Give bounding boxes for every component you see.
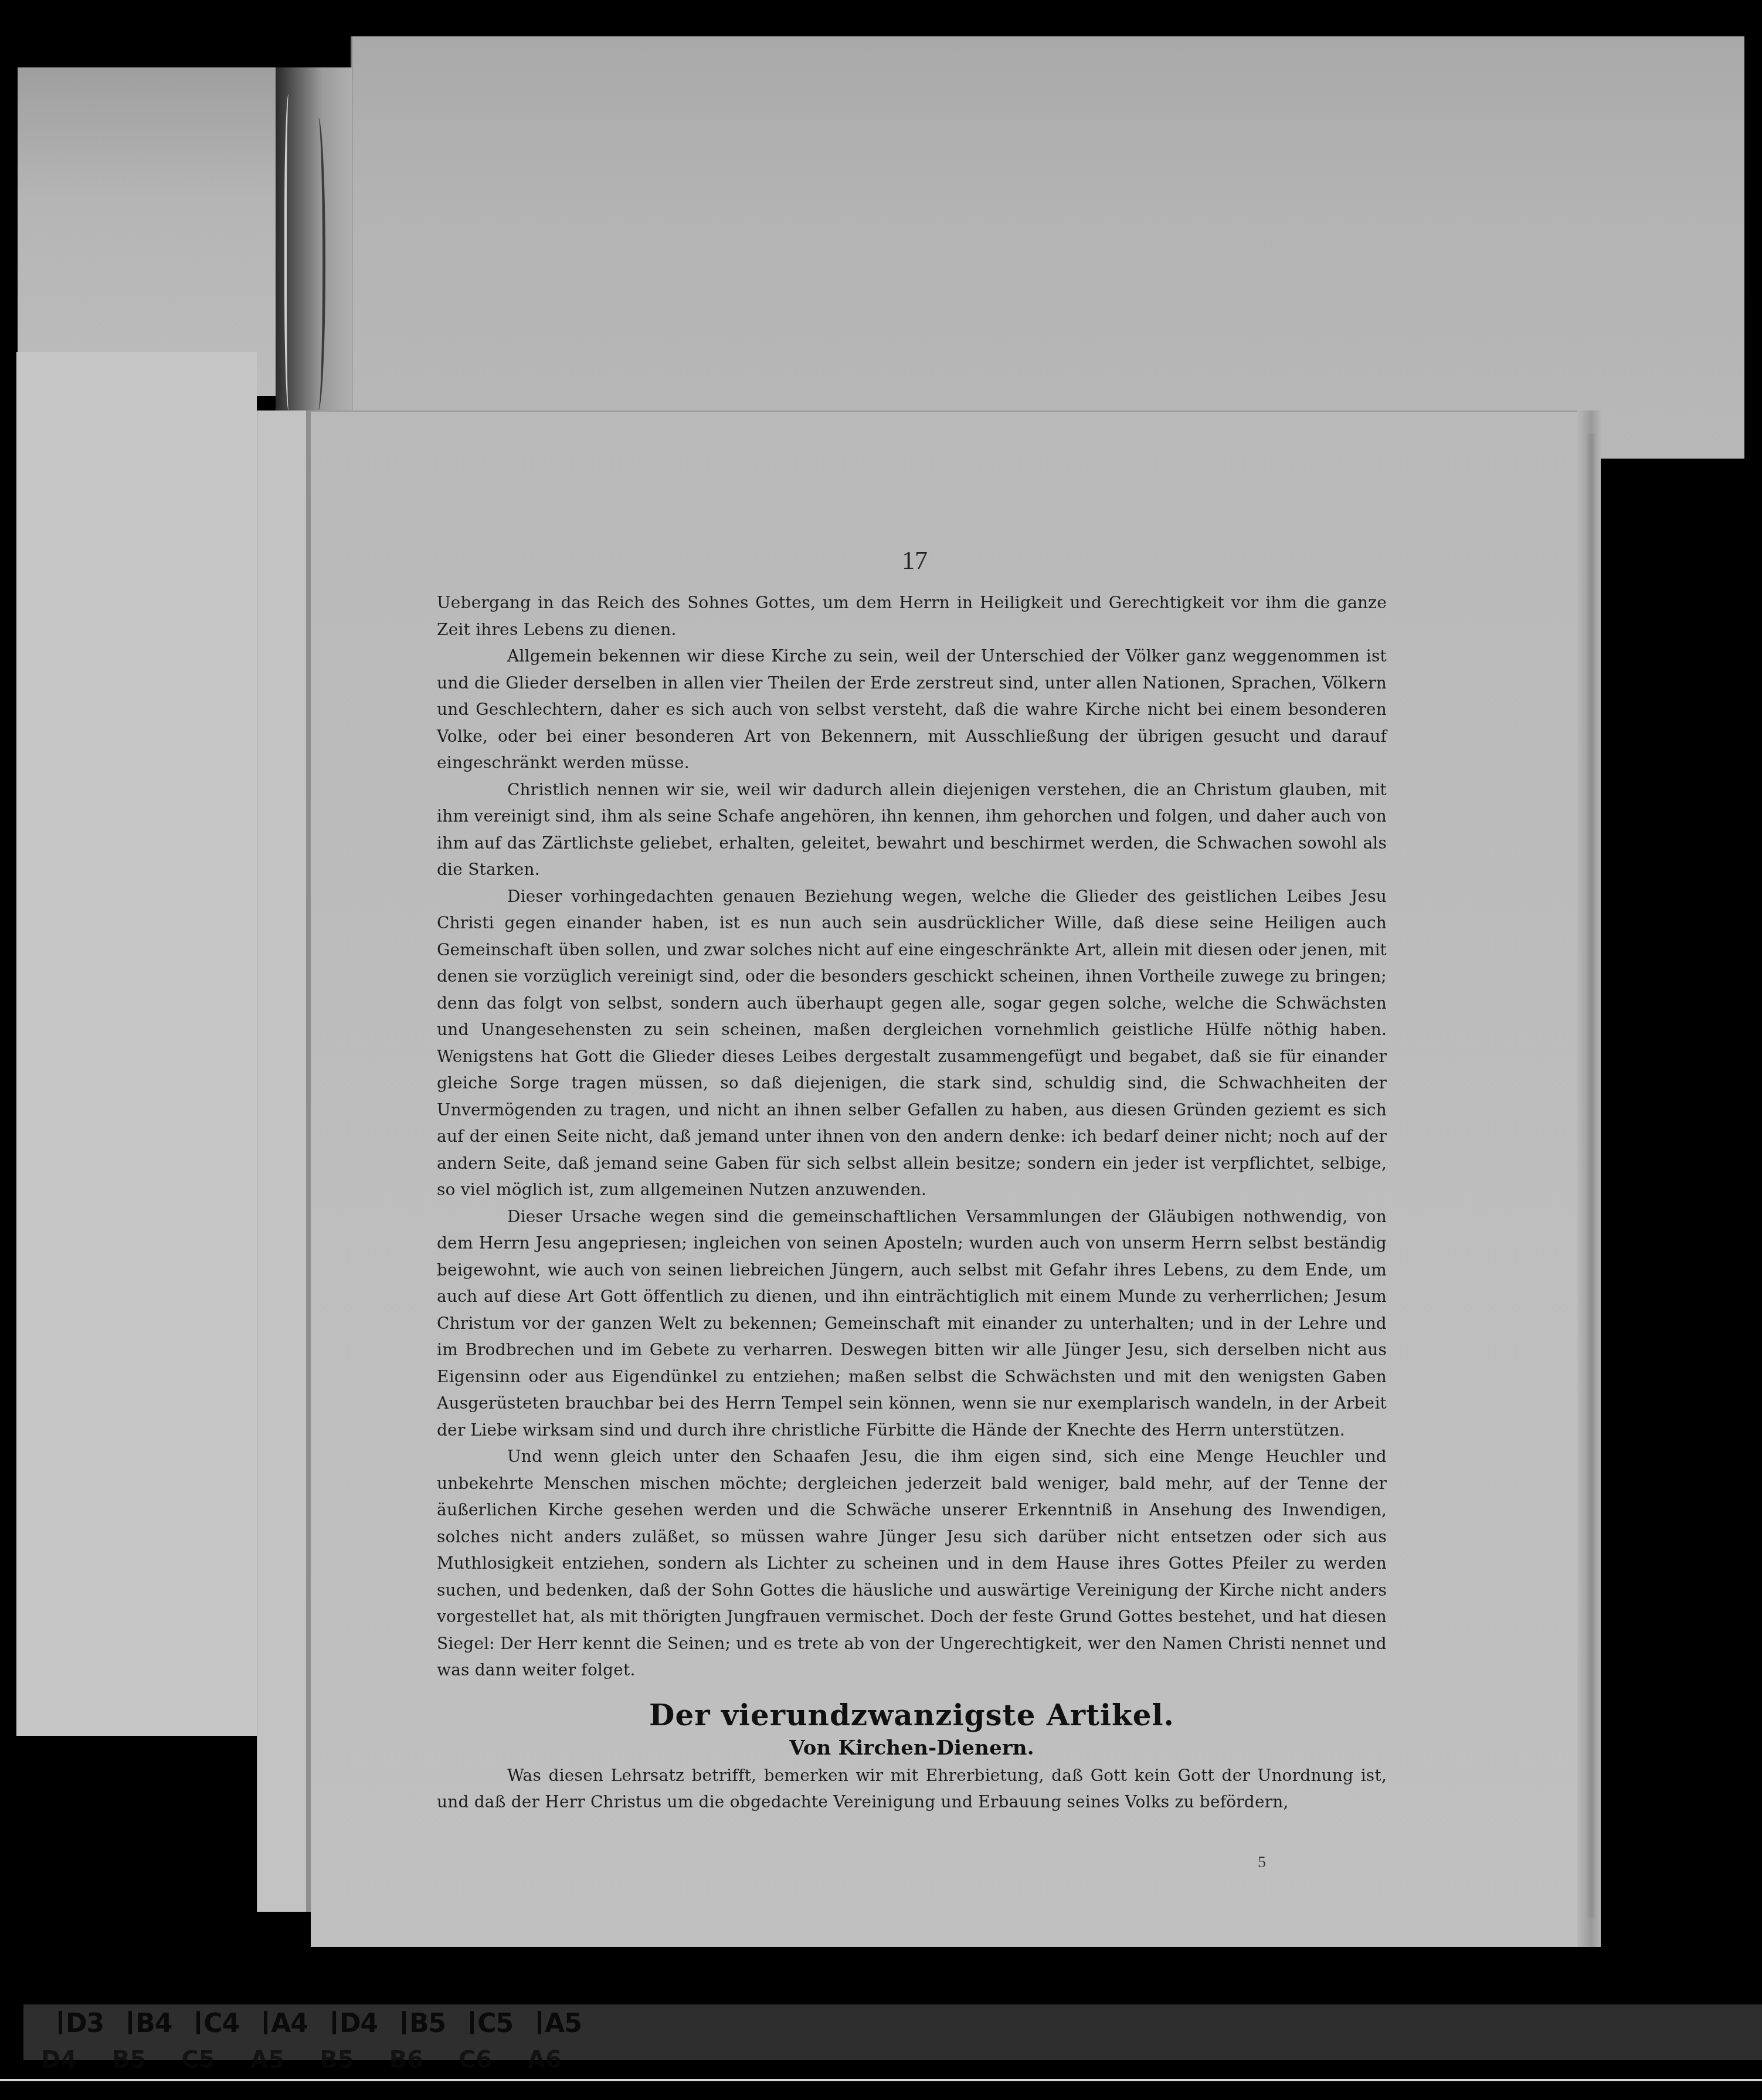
page-crease — [1586, 434, 1597, 1918]
gutter-fold-line — [306, 410, 311, 1912]
film-label: A5 — [250, 2047, 285, 2074]
film-frame-labels-secondary: D4B5C5A5B5B6C6A6 — [41, 2047, 597, 2074]
binding-thread — [284, 94, 295, 410]
back-sheet — [351, 36, 1762, 459]
left-page-margin — [16, 352, 257, 1736]
paragraph: Dieser Ursache wegen sind die gemeinscha… — [437, 1203, 1387, 1444]
page-number: 17 — [885, 545, 944, 575]
film-label: A6 — [527, 2047, 562, 2074]
film-edge-line — [0, 2079, 1762, 2081]
printer-signature-mark: 5 — [1258, 1853, 1266, 1872]
film-label: A5 — [538, 2009, 582, 2038]
paragraph: Was diesen Lehrsatz betrifft, bemerken w… — [437, 1762, 1387, 1816]
film-label: B5 — [320, 2047, 354, 2074]
film-label: C6 — [459, 2047, 492, 2074]
film-label: D4 — [41, 2047, 77, 2074]
paragraph: Dieser vorhingedachten genauen Beziehung… — [437, 883, 1387, 1203]
page-gutter — [257, 410, 313, 1912]
film-label: D4 — [332, 2009, 378, 2038]
scan-border — [1744, 0, 1762, 2100]
film-label: B5 — [402, 2009, 446, 2038]
film-label: C5 — [181, 2047, 215, 2074]
film-label: C5 — [470, 2009, 513, 2038]
article-subheading: Von Kirchen-Dienern. — [437, 1734, 1387, 1762]
paragraph: Christlich nennen wir sie, weil wir dadu… — [437, 776, 1387, 883]
document-body: Uebergang in das Reich des Sohnes Gottes… — [437, 589, 1387, 1816]
paragraph: Allgemein bekennen wir diese Kirche zu s… — [437, 643, 1387, 776]
film-label: A4 — [264, 2009, 308, 2038]
paragraph: Uebergang in das Reich des Sohnes Gottes… — [437, 589, 1387, 643]
film-label: B6 — [389, 2047, 423, 2074]
film-label: B5 — [112, 2047, 146, 2074]
article-heading: Der vierundzwanzigste Artikel. — [437, 1697, 1387, 1734]
film-frame-labels: D3B4C4A4D4B5C5A5 — [59, 2009, 606, 2038]
left-adjacent-sheet — [18, 67, 283, 396]
paragraph: Und wenn gleich unter den Schaafen Jesu,… — [437, 1443, 1387, 1684]
binding-thread — [311, 117, 325, 410]
film-label: D3 — [59, 2009, 104, 2038]
film-label: C4 — [196, 2009, 239, 2038]
film-label: B4 — [128, 2009, 172, 2038]
